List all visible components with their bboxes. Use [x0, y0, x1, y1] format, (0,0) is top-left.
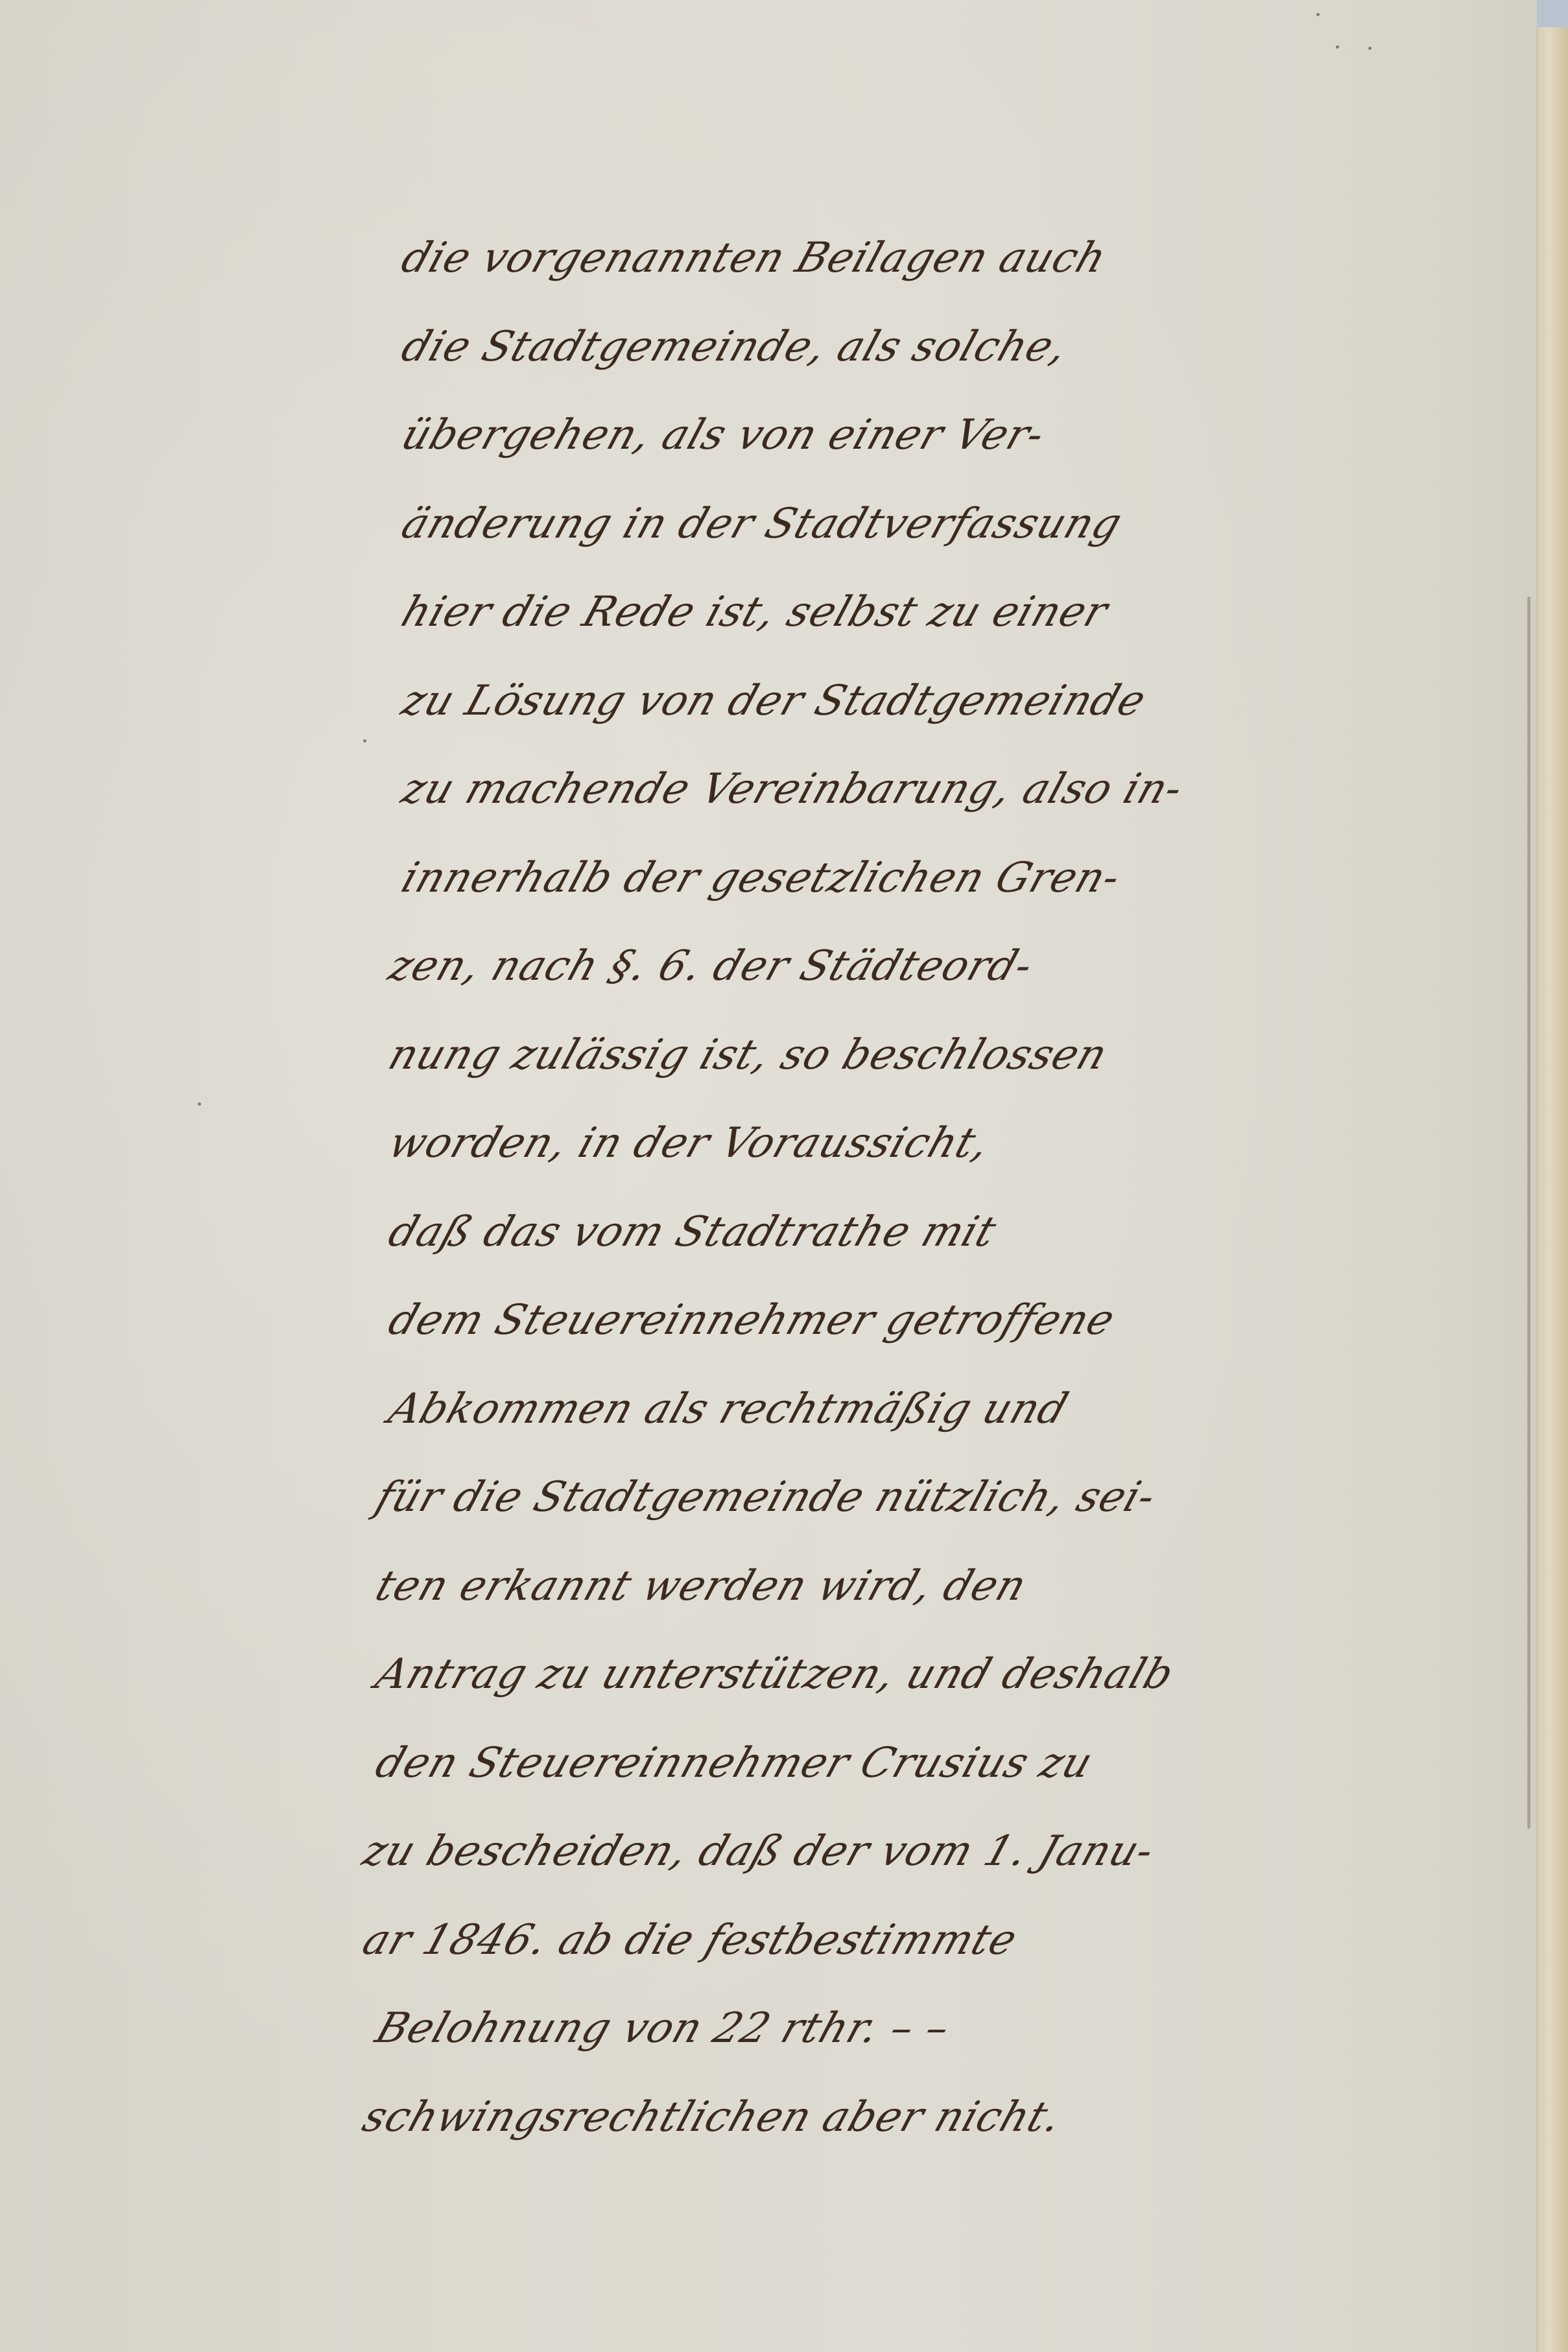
manuscript-line: worden, in der Voraussicht, — [376, 1099, 1533, 1188]
manuscript-line: die vorgenannten Beilagen auch — [389, 214, 1533, 303]
handwritten-text-block: die vorgenannten Beilagen auch die Stadt… — [389, 214, 1504, 2161]
paper-speck — [1316, 13, 1320, 16]
manuscript-line: den Steuereinnehmer Crusius zu — [363, 1719, 1533, 1808]
paper-speck — [363, 739, 366, 742]
manuscript-page: die vorgenannten Beilagen auch die Stadt… — [0, 0, 1537, 2352]
manuscript-line: zu bescheiden, daß der vom 1. Janu- — [350, 1807, 1533, 1896]
manuscript-line: zu machende Vereinbarung, also in- — [389, 745, 1533, 834]
adjacent-page-edge — [1537, 26, 1568, 2352]
manuscript-line: ar 1846. ab die festbestimmte — [350, 1896, 1533, 1985]
paper-speck — [1368, 47, 1372, 50]
manuscript-line: Abkommen als rechtmäßig und — [376, 1365, 1533, 1454]
manuscript-line: Antrag zu unterstützen, und deshalb — [363, 1630, 1533, 1719]
manuscript-line: zu Lösung von der Stadtgemeinde — [389, 657, 1533, 746]
manuscript-line: innerhalb der gesetzlichen Gren- — [389, 834, 1533, 923]
manuscript-line: daß das vom Stadtrathe mit — [376, 1188, 1533, 1277]
manuscript-line: zen, nach §. 6. der Städteord- — [376, 922, 1533, 1011]
manuscript-line: die Stadtgemeinde, als solche, — [389, 303, 1533, 392]
manuscript-line: änderung in der Stadtverfassung — [389, 480, 1533, 569]
manuscript-line: dem Steuereinnehmer getroffene — [376, 1276, 1533, 1365]
binding-fold — [1527, 597, 1531, 1829]
manuscript-line: für die Stadtgemeinde nützlich, sei- — [363, 1453, 1533, 1542]
manuscript-line: übergehen, als von einer Ver- — [389, 391, 1533, 480]
background-corner — [1537, 0, 1568, 27]
manuscript-line: ten erkannt werden wird, den — [363, 1542, 1533, 1631]
manuscript-line: nung zulässig ist, so beschlossen — [376, 1011, 1533, 1100]
paper-speck — [198, 1102, 201, 1106]
paper-speck — [1336, 45, 1339, 49]
manuscript-line: hier die Rede ist, selbst zu einer — [389, 568, 1533, 657]
manuscript-line: schwingsrechtlichen aber nicht. — [350, 2073, 1533, 2162]
manuscript-line: Belohnung von 22 rthr. – – — [363, 1984, 1533, 2073]
